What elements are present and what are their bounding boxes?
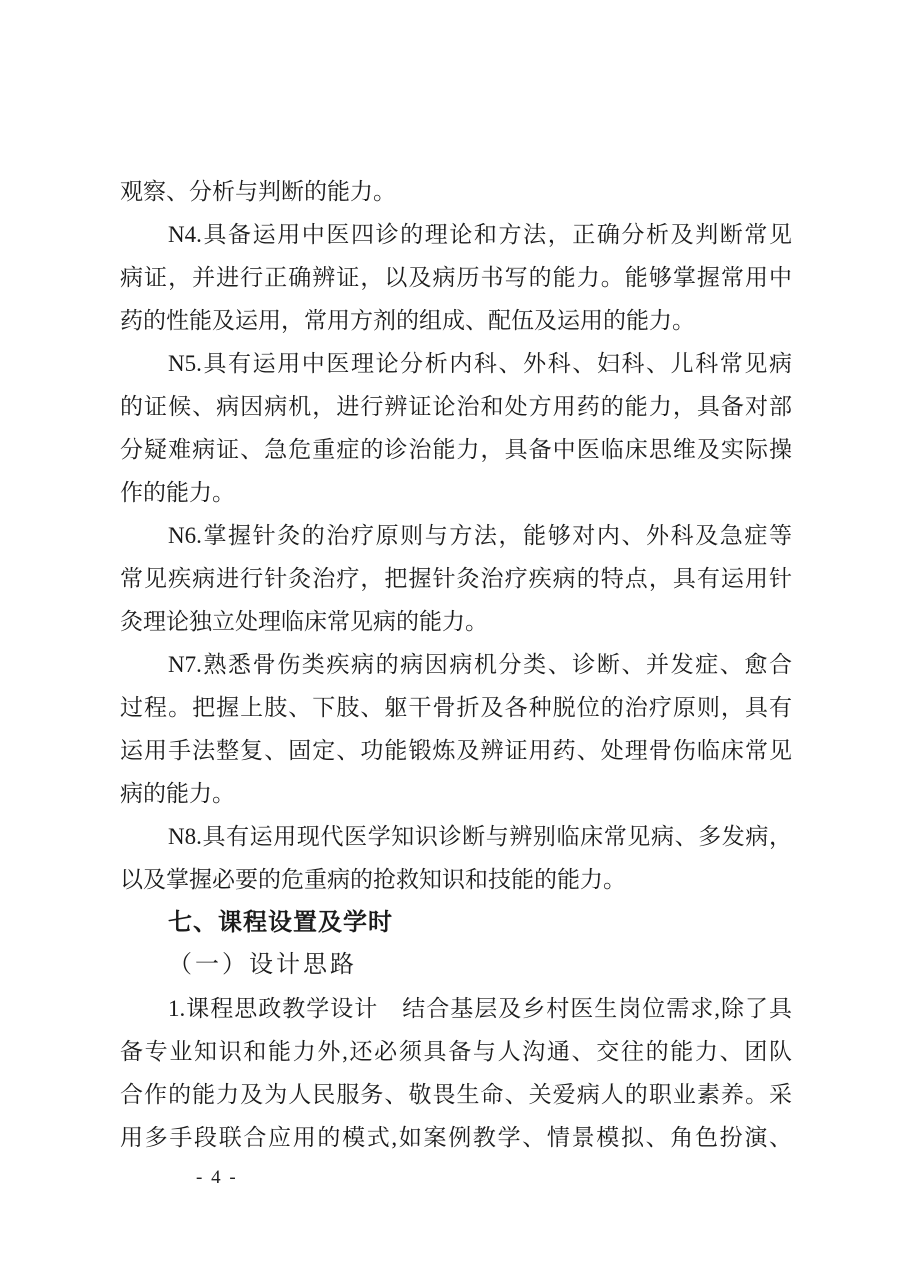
page-number: - 4 - [196, 1166, 238, 1190]
text-line: 过程。把握上肢、下肢、躯干骨折及各种脱位的治疗原则，具有 [120, 686, 792, 729]
subsection-heading: （一）设计思路 [120, 944, 792, 987]
text-line: 观察、分析与判断的能力。 [120, 170, 792, 213]
text-line: 常见疾病进行针灸治疗，把握针灸治疗疾病的特点，具有运用针 [120, 557, 792, 600]
text-line: 作的能力。 [120, 471, 792, 514]
text-line: N7.熟悉骨伤类疾病的病因病机分类、诊断、并发症、愈合 [120, 643, 792, 686]
text-line: 以及掌握必要的危重病的抢救知识和技能的能力。 [120, 858, 792, 901]
document-page: { "page": { "background": "#ffffff", "te… [0, 0, 904, 1280]
document-body: 观察、分析与判断的能力。 N4.具备运用中医四诊的理论和方法，正确分析及判断常见… [120, 170, 792, 1159]
text-line: N6.掌握针灸的治疗原则与方法，能够对内、外科及急症等 [120, 514, 792, 557]
text-line: 病证，并进行正确辨证，以及病历书写的能力。能够掌握常用中 [120, 256, 792, 299]
text-line: 分疑难病证、急危重症的诊治能力，具备中医临床思维及实际操 [120, 428, 792, 471]
section-heading: 七、课程设置及学时 [120, 901, 792, 944]
text-line: 备专业知识和能力外,还必须具备与人沟通、交往的能力、团队 [120, 1030, 792, 1073]
text-line: 1.课程思政教学设计 结合基层及乡村医生岗位需求,除了具 [120, 987, 792, 1030]
text-line: 的证候、病因病机，进行辨证论治和处方用药的能力，具备对部 [120, 385, 792, 428]
text-line: 灸理论独立处理临床常见病的能力。 [120, 600, 792, 643]
text-line: 合作的能力及为人民服务、敬畏生命、关爱病人的职业素养。采 [120, 1073, 792, 1116]
text-line: 运用手法整复、固定、功能锻炼及辨证用药、处理骨伤临床常见 [120, 729, 792, 772]
text-line: N5.具有运用中医理论分析内科、外科、妇科、儿科常见病 [120, 342, 792, 385]
text-line: 用多手段联合应用的模式,如案例教学、情景模拟、角色扮演、 [120, 1116, 792, 1159]
text-line: 药的性能及运用，常用方剂的组成、配伍及运用的能力。 [120, 299, 792, 342]
text-line: N4.具备运用中医四诊的理论和方法，正确分析及判断常见 [120, 213, 792, 256]
text-line: 病的能力。 [120, 772, 792, 815]
text-line: N8.具有运用现代医学知识诊断与辨别临床常见病、多发病， [120, 815, 792, 858]
